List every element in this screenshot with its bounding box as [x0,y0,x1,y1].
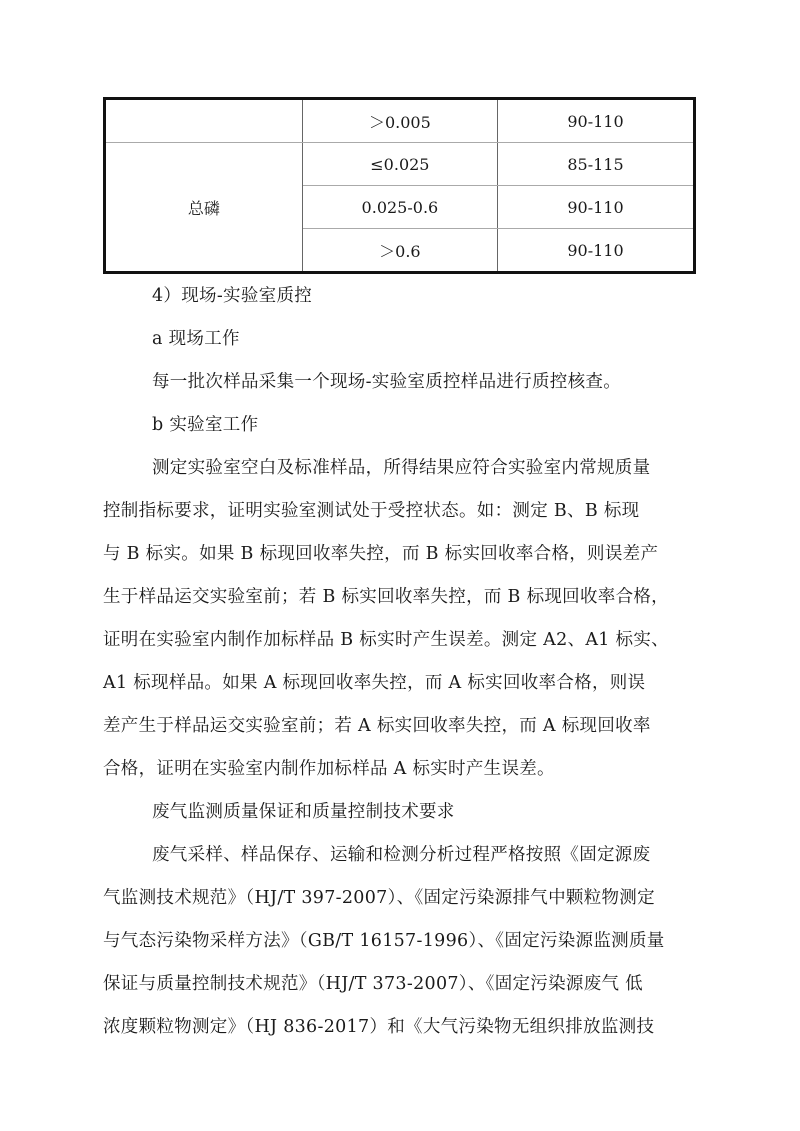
table-cell-range: 0.025-0.6 [302,186,497,229]
document-page: ＞0.005 90-110 总磷 ≤0.025 85-115 0.025-0.6… [0,0,800,1131]
body-text-line: 生于样品运交实验室前；若 B 标实回收率失控，而 B 标现回收率合格， [103,587,703,607]
subsection-heading: b 实验室工作 [152,415,752,435]
subsection-heading: a 现场工作 [152,329,752,349]
body-text-line: 差产生于样品运交实验室前；若 A 标实回收率失控，而 A 标现回收率 [103,716,703,736]
table-cell-range: ≤0.025 [302,143,497,186]
body-text-line: 证明在实验室内制作加标样品 B 标实时产生误差。测定 A2、A1 标实、 [103,630,703,650]
table-cell-item: 总磷 [105,143,303,273]
body-text-line: 气监测技术规范》（HJ/T 397-2007）、《固定污染源排气中颗粒物测定 [103,888,703,908]
table-cell-range: ＞0.6 [302,229,497,273]
body-text-line: 与气态污染物采样方法》（GB/T 16157-1996）、《固定污染源监测质量 [103,931,703,951]
section-heading: 废气监测质量保证和质量控制技术要求 [152,802,752,822]
body-text-line: 控制指标要求，证明实验室测试处于受控状态。如：测定 B、B 标现 [103,501,703,521]
section-heading: 4）现场-实验室质控 [152,286,752,306]
table-row: 总磷 ≤0.025 85-115 [105,143,695,186]
body-text-line: 与 B 标实。如果 B 标现回收率失控，而 B 标实回收率合格，则误差产 [103,544,703,564]
body-text-line: 浓度颗粒物测定》（HJ 836-2017）和《大气污染物无组织排放监测技 [103,1017,703,1037]
table-row: ＞0.005 90-110 [105,99,695,143]
table-cell-recovery: 90-110 [498,229,695,273]
table-cell-recovery: 90-110 [498,99,695,143]
body-text-line: 合格，证明在实验室内制作加标样品 A 标实时产生误差。 [103,759,703,779]
body-text-line: 每一批次样品采集一个现场-实验室质控样品进行质控核查。 [152,372,752,392]
body-text-line: 废气采样、样品保存、运输和检测分析过程严格按照《固定源废 [152,845,752,865]
table-cell-recovery: 85-115 [498,143,695,186]
body-text-line: 保证与质量控制技术规范》（HJ/T 373-2007）、《固定污染源废气 低 [103,974,703,994]
body-text-line: 测定实验室空白及标准样品，所得结果应符合实验室内常规质量 [152,458,752,478]
body-text-line: A1 标现样品。如果 A 标现回收率失控，而 A 标实回收率合格，则误 [103,673,703,693]
table-cell-item [105,99,303,143]
table-cell-recovery: 90-110 [498,186,695,229]
table-cell-range: ＞0.005 [302,99,497,143]
qc-recovery-table: ＞0.005 90-110 总磷 ≤0.025 85-115 0.025-0.6… [103,97,696,274]
